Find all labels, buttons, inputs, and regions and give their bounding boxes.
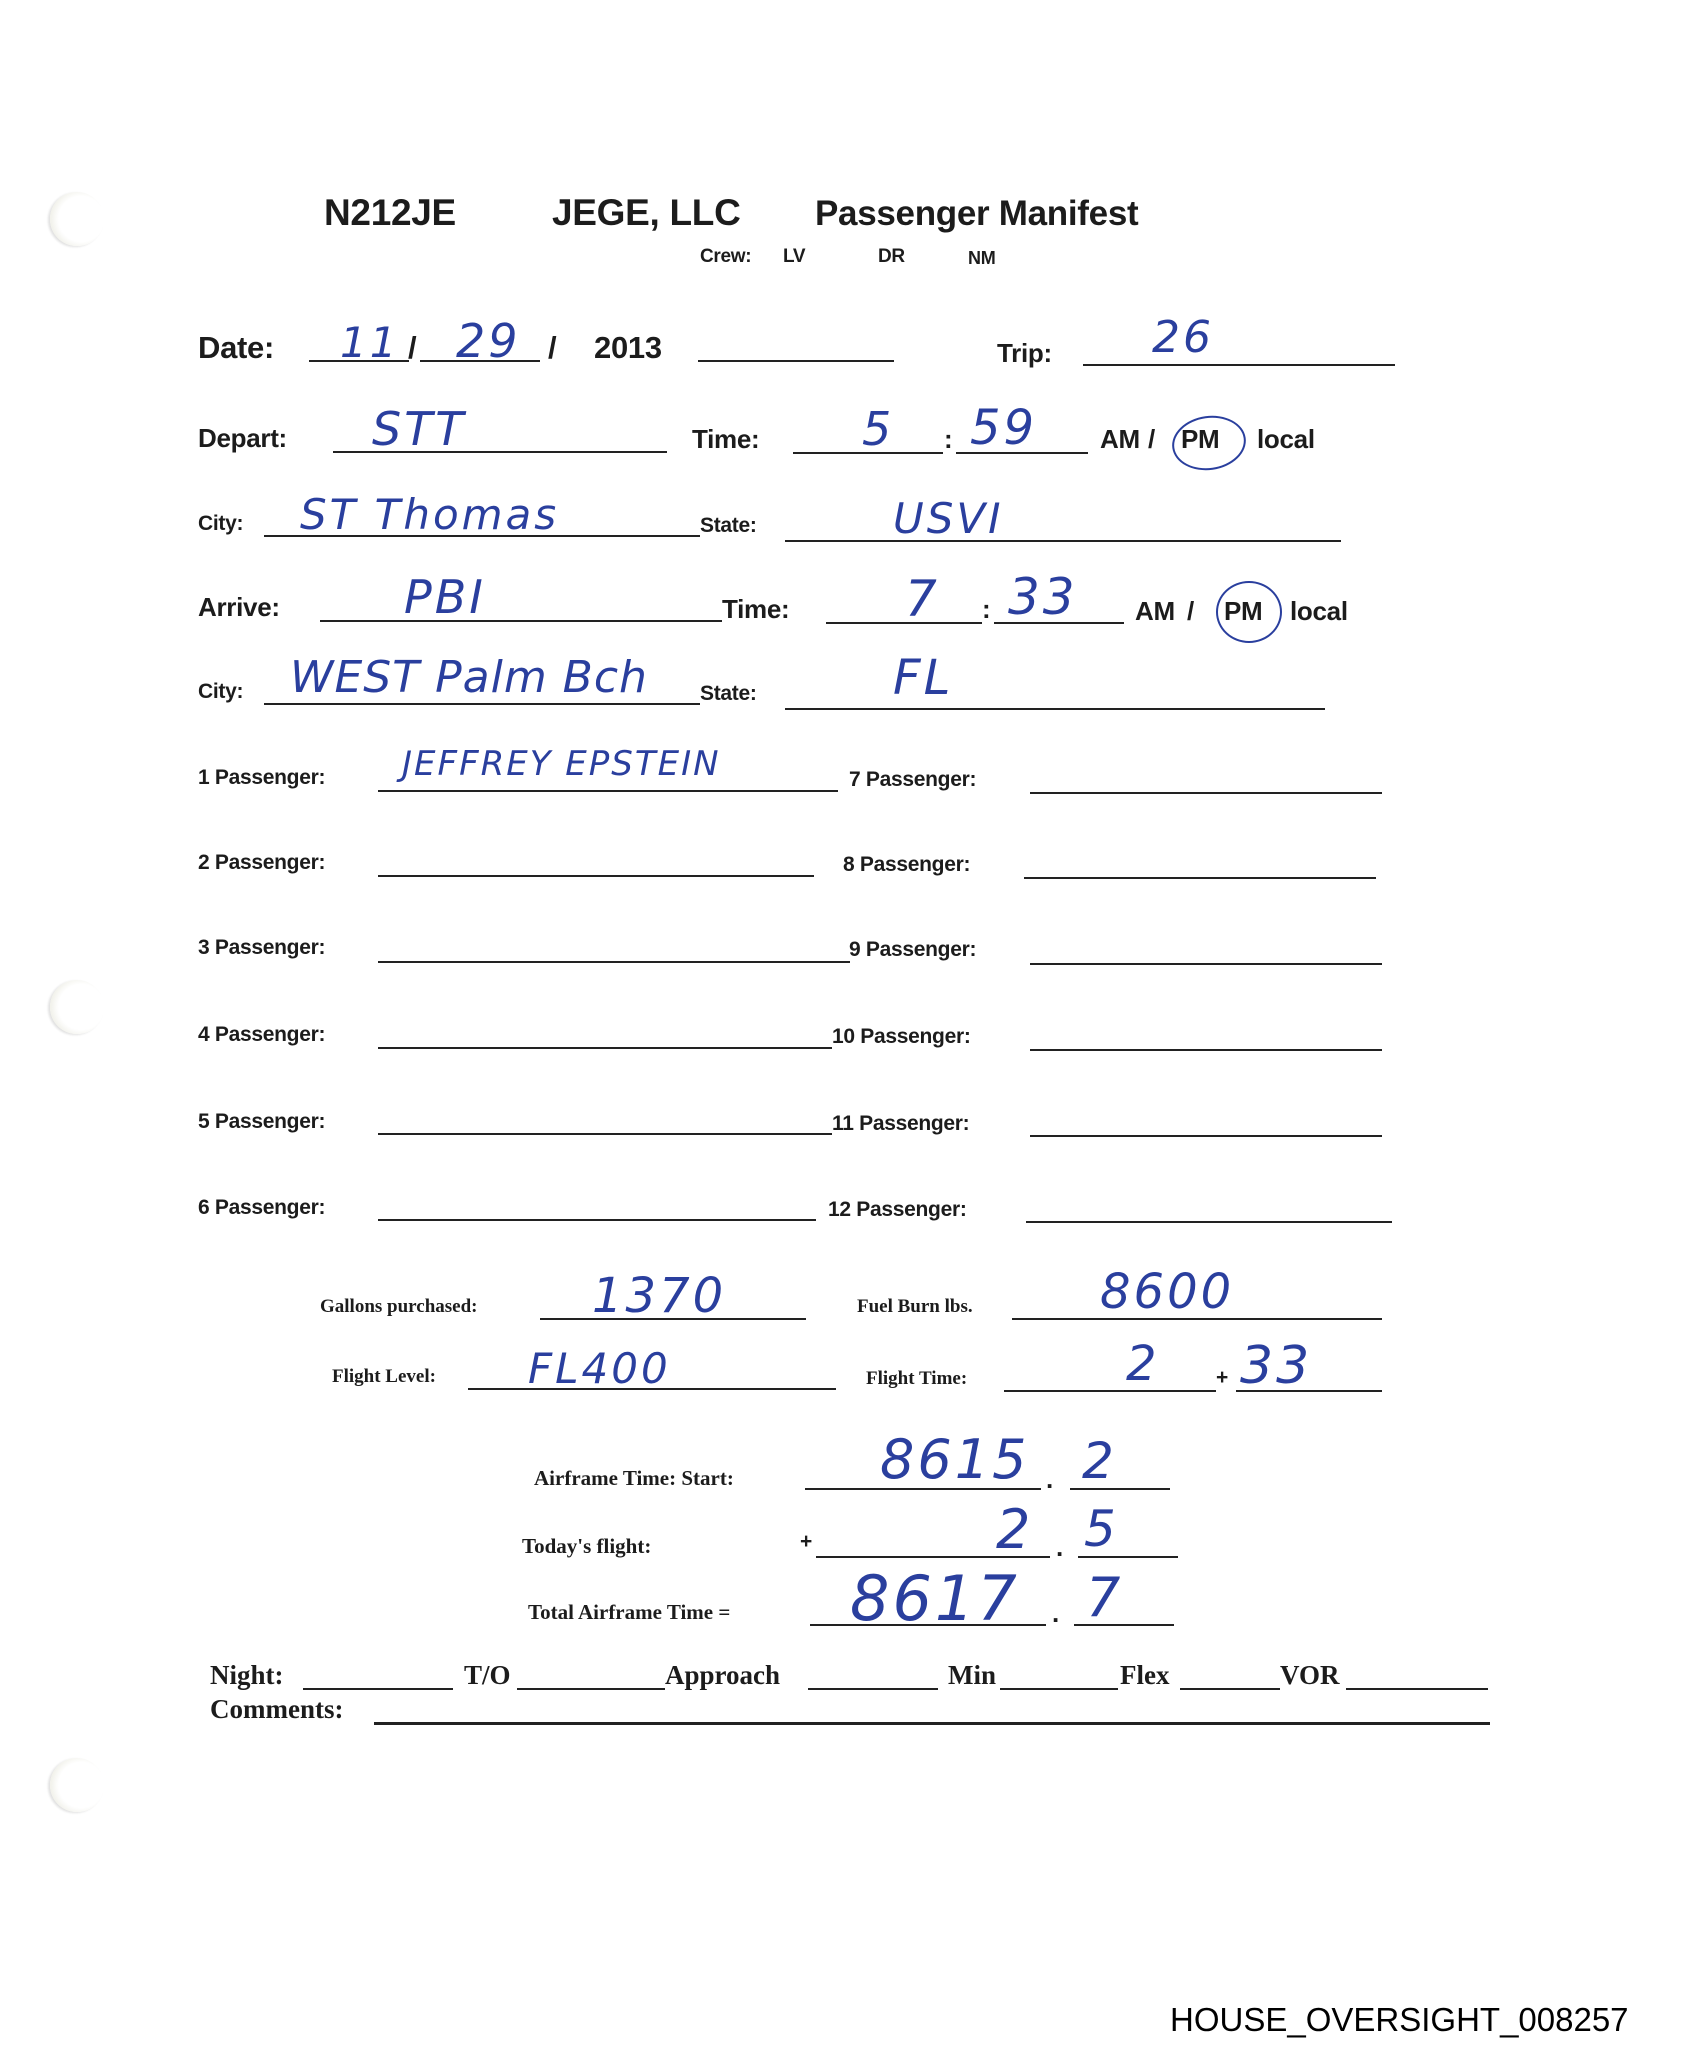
vor-line[interactable] <box>1346 1688 1488 1690</box>
passenger-4-line[interactable] <box>378 1047 832 1049</box>
depart-city-label: City: <box>198 512 243 536</box>
date-label: Date: <box>198 330 274 366</box>
depart-state-line[interactable] <box>785 540 1341 542</box>
arrive-airport-value[interactable]: PBI <box>404 570 486 624</box>
total-airframe-label: Total Airframe Time = <box>528 1600 730 1625</box>
arrive-pm-selected-circle <box>1216 581 1282 643</box>
depart-local: local <box>1257 424 1315 455</box>
date-sep-2: / <box>548 330 556 366</box>
total-airframe-decimal-value[interactable]: 7 <box>1086 1566 1123 1629</box>
fuel-burn-value[interactable]: 8600 <box>1100 1264 1234 1320</box>
airframe-start-decimal-value[interactable]: 2 <box>1082 1432 1117 1490</box>
arrive-colon: : <box>982 594 990 625</box>
night-label: Night: <box>210 1660 284 1691</box>
depart-colon: : <box>944 424 952 455</box>
total-airframe-whole-value[interactable]: 8617 <box>850 1562 1020 1635</box>
date-day-value[interactable]: 29 <box>456 314 521 368</box>
passenger-2-label: 2 Passenger: <box>198 851 325 875</box>
passenger-1-label: 1 Passenger: <box>198 766 325 790</box>
comments-line[interactable] <box>374 1722 1490 1725</box>
to-line[interactable] <box>517 1688 665 1690</box>
flight-time-label: Flight Time: <box>866 1368 967 1390</box>
trip-value[interactable]: 26 <box>1152 312 1214 363</box>
passenger-4-label: 4 Passenger: <box>198 1023 325 1047</box>
flight-level-value[interactable]: FL400 <box>528 1344 671 1393</box>
trip-label: Trip: <box>997 338 1052 369</box>
date-year-line <box>698 360 894 362</box>
passenger-8-label: 8 Passenger: <box>843 853 970 877</box>
total-airframe-dot: . <box>1052 1598 1059 1629</box>
passenger-3-line[interactable] <box>378 961 850 963</box>
crew-member-2: DR <box>878 246 905 268</box>
bates-number: HOUSE_OVERSIGHT_008257 <box>1170 2001 1629 2039</box>
arrive-minute-value[interactable]: 33 <box>1008 568 1078 626</box>
vor-label: VOR <box>1280 1660 1339 1691</box>
crew-member-1: LV <box>783 246 805 268</box>
passenger-9-label: 9 Passenger: <box>849 938 976 962</box>
passenger-5-label: 5 Passenger: <box>198 1110 325 1134</box>
tail-number: N212JE <box>324 192 456 234</box>
depart-state-value[interactable]: USVI <box>893 494 1004 543</box>
depart-time-label: Time: <box>692 424 759 455</box>
min-line[interactable] <box>1000 1688 1118 1690</box>
passenger-9-line[interactable] <box>1030 963 1382 965</box>
hole-punch-middle <box>50 980 104 1034</box>
passenger-3-label: 3 Passenger: <box>198 936 325 960</box>
depart-pm-selected-circle <box>1169 411 1250 475</box>
passenger-12-line[interactable] <box>1026 1221 1392 1223</box>
passenger-1-line[interactable] <box>378 790 838 792</box>
flex-label: Flex <box>1120 1660 1169 1691</box>
arrive-city-value[interactable]: WEST Palm Bch <box>290 652 648 703</box>
depart-label: Depart: <box>198 423 287 454</box>
arrive-slash: / <box>1187 596 1194 627</box>
passenger-7-label: 7 Passenger: <box>849 768 976 792</box>
night-line[interactable] <box>303 1688 453 1690</box>
gallons-value[interactable]: 1370 <box>592 1268 726 1324</box>
airframe-start-label: Airframe Time: Start: <box>534 1466 734 1491</box>
crew-label: Crew: <box>700 246 751 268</box>
depart-slash: / <box>1148 424 1155 455</box>
flight-time-minutes-value[interactable]: 33 <box>1240 1336 1312 1396</box>
depart-airport-value[interactable]: STT <box>372 402 466 456</box>
arrive-time-label: Time: <box>722 594 789 625</box>
passenger-10-label: 10 Passenger: <box>832 1025 971 1049</box>
depart-city-value[interactable]: ST Thomas <box>300 490 559 539</box>
depart-minute-value[interactable]: 59 <box>970 400 1037 456</box>
airframe-start-dot: . <box>1046 1464 1053 1495</box>
to-label: T/O <box>464 1660 511 1691</box>
flex-line[interactable] <box>1180 1688 1280 1690</box>
arrive-am[interactable]: AM <box>1135 596 1175 627</box>
flight-level-label: Flight Level: <box>332 1366 436 1388</box>
passenger-6-line[interactable] <box>378 1219 816 1221</box>
todays-flight-dot: . <box>1056 1532 1063 1563</box>
arrive-label: Arrive: <box>198 592 280 623</box>
passenger-7-line[interactable] <box>1030 792 1382 794</box>
date-year: 2013 <box>594 330 662 366</box>
fuel-burn-label: Fuel Burn lbs. <box>857 1296 973 1318</box>
passenger-12-label: 12 Passenger: <box>828 1198 967 1222</box>
date-sep-1: / <box>408 330 416 366</box>
flight-time-plus: + <box>1216 1366 1228 1390</box>
min-label: Min <box>948 1660 996 1691</box>
arrive-line[interactable] <box>320 620 722 622</box>
flight-time-hours-line[interactable] <box>1004 1390 1216 1392</box>
crew-member-3: NM <box>968 248 995 269</box>
passenger-1-name[interactable]: JEFFREY EPSTEIN <box>402 744 721 784</box>
passenger-8-line[interactable] <box>1024 877 1376 879</box>
arrive-state-value[interactable]: FL <box>893 650 953 706</box>
flight-time-hours-value[interactable]: 2 <box>1126 1336 1160 1392</box>
arrive-state-line[interactable] <box>785 708 1325 710</box>
company-name: JEGE, LLC <box>552 192 741 234</box>
passenger-6-label: 6 Passenger: <box>198 1196 325 1220</box>
todays-flight-decimal-value[interactable]: 5 <box>1084 1500 1119 1558</box>
hole-punch-top <box>50 192 104 246</box>
arrive-hour-value[interactable]: 7 <box>905 570 940 628</box>
trip-line[interactable] <box>1083 364 1395 366</box>
passenger-11-line[interactable] <box>1030 1135 1382 1137</box>
passenger-10-line[interactable] <box>1030 1049 1382 1051</box>
form-title: Passenger Manifest <box>815 194 1138 234</box>
depart-state-label: State: <box>700 514 757 538</box>
passenger-5-line[interactable] <box>378 1133 832 1135</box>
todays-flight-label: Today's flight: <box>522 1534 651 1559</box>
arrive-hour-line[interactable] <box>826 622 982 624</box>
approach-label: Approach <box>665 1660 780 1691</box>
date-month-value[interactable]: 11 <box>340 318 399 367</box>
gallons-label: Gallons purchased: <box>320 1296 478 1318</box>
comments-label: Comments: <box>210 1694 343 1725</box>
arrive-state-label: State: <box>700 682 757 706</box>
hole-punch-bottom <box>50 1758 104 1812</box>
arrive-local: local <box>1290 596 1348 627</box>
passenger-11-label: 11 Passenger: <box>832 1112 969 1136</box>
depart-hour-value[interactable]: 5 <box>862 402 894 456</box>
todays-flight-plus: + <box>800 1530 812 1554</box>
airframe-start-whole-value[interactable]: 8615 <box>880 1428 1029 1491</box>
passenger-2-line[interactable] <box>378 875 814 877</box>
depart-am[interactable]: AM <box>1100 424 1140 455</box>
arrive-city-label: City: <box>198 680 243 704</box>
todays-flight-whole-value[interactable]: 2 <box>996 1498 1033 1561</box>
arrive-city-line[interactable] <box>264 703 700 705</box>
approach-line[interactable] <box>808 1688 938 1690</box>
